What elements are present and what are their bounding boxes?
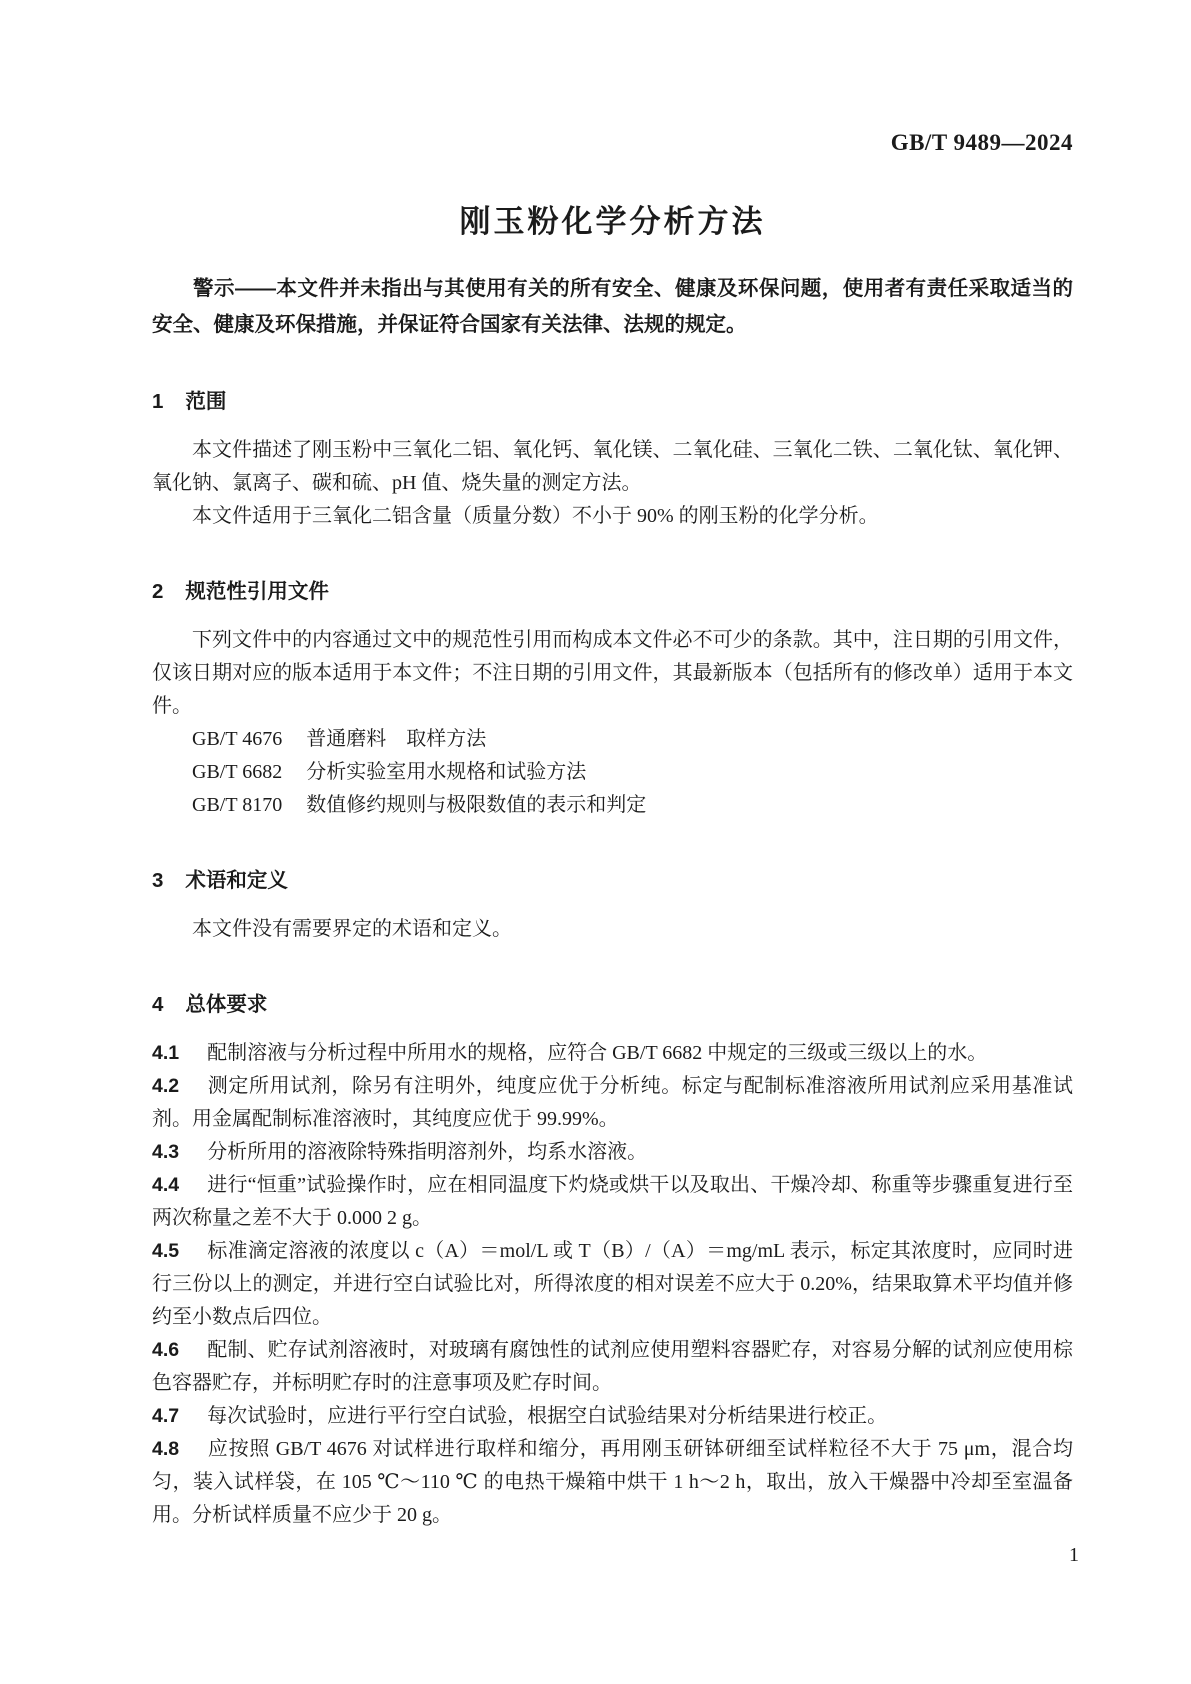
clause-4-2: 4.2测定所用试剂，除另有注明外，纯度应优于分析纯。标定与配制标准溶液所用试剂应…	[152, 1070, 1073, 1136]
reference-code: GB/T 6682	[192, 761, 282, 783]
section-scope: 1范围 本文件描述了刚玉粉中三氧化二铝、氧化钙、氧化镁、二氧化硅、三氧化二铁、二…	[152, 385, 1073, 533]
references-intro: 下列文件中的内容通过文中的规范性引用而构成本文件必不可少的条款。其中，注日期的引…	[152, 624, 1073, 723]
clause-4-7: 4.7每次试验时，应进行平行空白试验，根据空白试验结果对分析结果进行校正。	[152, 1400, 1073, 1433]
section-1-number: 1	[152, 390, 163, 413]
reference-name: 普通磨料 取样方法	[306, 728, 486, 750]
clause-number: 4.5	[152, 1240, 179, 1262]
section-normative-references: 2规范性引用文件 下列文件中的内容通过文中的规范性引用而构成本文件必不可少的条款…	[152, 575, 1073, 822]
section-4-heading: 4总体要求	[152, 988, 1073, 1021]
section-4-number: 4	[152, 993, 163, 1016]
reference-code: GB/T 8170	[192, 794, 282, 816]
section-1-title: 范围	[185, 390, 226, 413]
clause-4-8: 4.8应按照 GB/T 4676 对试样进行取样和缩分，再用刚玉研钵研细至试样粒…	[152, 1433, 1073, 1532]
section-general-requirements: 4总体要求 4.1配制溶液与分析过程中所用水的规格，应符合 GB/T 6682 …	[152, 988, 1073, 1532]
page-number: 1	[1069, 1542, 1079, 1568]
clause-number: 4.7	[152, 1405, 179, 1427]
clause-text: 配制、贮存试剂溶液时，对玻璃有腐蚀性的试剂应使用塑料容器贮存，对容易分解的试剂应…	[152, 1339, 1073, 1394]
terms-paragraph: 本文件没有需要界定的术语和定义。	[152, 913, 1073, 946]
scope-paragraph-2: 本文件适用于三氧化二铝含量（质量分数）不小于 90% 的刚玉粉的化学分析。	[152, 500, 1073, 533]
section-4-title: 总体要求	[185, 993, 267, 1016]
scope-paragraph-1: 本文件描述了刚玉粉中三氧化二铝、氧化钙、氧化镁、二氧化硅、三氧化二铁、二氧化钛、…	[152, 434, 1073, 500]
section-3-title: 术语和定义	[185, 869, 288, 892]
clause-text: 标准滴定溶液的浓度以 c（A）＝mol/L 或 T（B）/（A）＝mg/mL 表…	[152, 1240, 1073, 1328]
clause-4-4: 4.4进行“恒重”试验操作时，应在相同温度下灼烧或烘干以及取出、干燥冷却、称重等…	[152, 1169, 1073, 1235]
reference-code: GB/T 4676	[192, 728, 282, 750]
section-2-title: 规范性引用文件	[185, 580, 329, 603]
section-3-number: 3	[152, 869, 163, 892]
clause-number: 4.3	[152, 1141, 179, 1163]
clause-text: 进行“恒重”试验操作时，应在相同温度下灼烧或烘干以及取出、干燥冷却、称重等步骤重…	[152, 1174, 1073, 1229]
clause-text: 分析所用的溶液除特殊指明溶剂外，均系水溶液。	[207, 1141, 647, 1163]
clause-number: 4.6	[152, 1339, 179, 1361]
section-1-heading: 1范围	[152, 385, 1073, 418]
warning-statement: 警示——本文件并未指出与其使用有关的所有安全、健康及环保问题，使用者有责任采取适…	[152, 271, 1073, 343]
clause-number: 4.8	[152, 1438, 179, 1460]
clause-4-1: 4.1配制溶液与分析过程中所用水的规格，应符合 GB/T 6682 中规定的三级…	[152, 1037, 1073, 1070]
reference-name: 分析实验室用水规格和试验方法	[306, 761, 586, 783]
clause-text: 每次试验时，应进行平行空白试验，根据空白试验结果对分析结果进行校正。	[207, 1405, 887, 1427]
clause-number: 4.1	[152, 1042, 179, 1064]
standard-code: GB/T 9489—2024	[152, 130, 1073, 156]
reference-name: 数值修约规则与极限数值的表示和判定	[306, 794, 646, 816]
clause-number: 4.2	[152, 1075, 179, 1097]
clause-4-6: 4.6配制、贮存试剂溶液时，对玻璃有腐蚀性的试剂应使用塑料容器贮存，对容易分解的…	[152, 1334, 1073, 1400]
document-title: 刚玉粉化学分析方法	[152, 201, 1073, 243]
reference-item: GB/T 4676普通磨料 取样方法	[152, 723, 1073, 756]
section-3-heading: 3术语和定义	[152, 864, 1073, 897]
section-2-number: 2	[152, 580, 163, 603]
clause-number: 4.4	[152, 1174, 179, 1196]
reference-item: GB/T 8170数值修约规则与极限数值的表示和判定	[152, 789, 1073, 822]
clause-text: 测定所用试剂，除另有注明外，纯度应优于分析纯。标定与配制标准溶液所用试剂应采用基…	[152, 1075, 1073, 1130]
clause-4-5: 4.5标准滴定溶液的浓度以 c（A）＝mol/L 或 T（B）/（A）＝mg/m…	[152, 1235, 1073, 1334]
clause-4-3: 4.3分析所用的溶液除特殊指明溶剂外，均系水溶液。	[152, 1136, 1073, 1169]
clause-text: 配制溶液与分析过程中所用水的规格，应符合 GB/T 6682 中规定的三级或三级…	[207, 1042, 987, 1064]
section-terms-definitions: 3术语和定义 本文件没有需要界定的术语和定义。	[152, 864, 1073, 946]
clause-text: 应按照 GB/T 4676 对试样进行取样和缩分，再用刚玉研钵研细至试样粒径不大…	[152, 1438, 1073, 1526]
section-2-heading: 2规范性引用文件	[152, 575, 1073, 608]
document-page: GB/T 9489—2024 刚玉粉化学分析方法 警示——本文件并未指出与其使用…	[0, 0, 1191, 1684]
reference-item: GB/T 6682分析实验室用水规格和试验方法	[152, 756, 1073, 789]
